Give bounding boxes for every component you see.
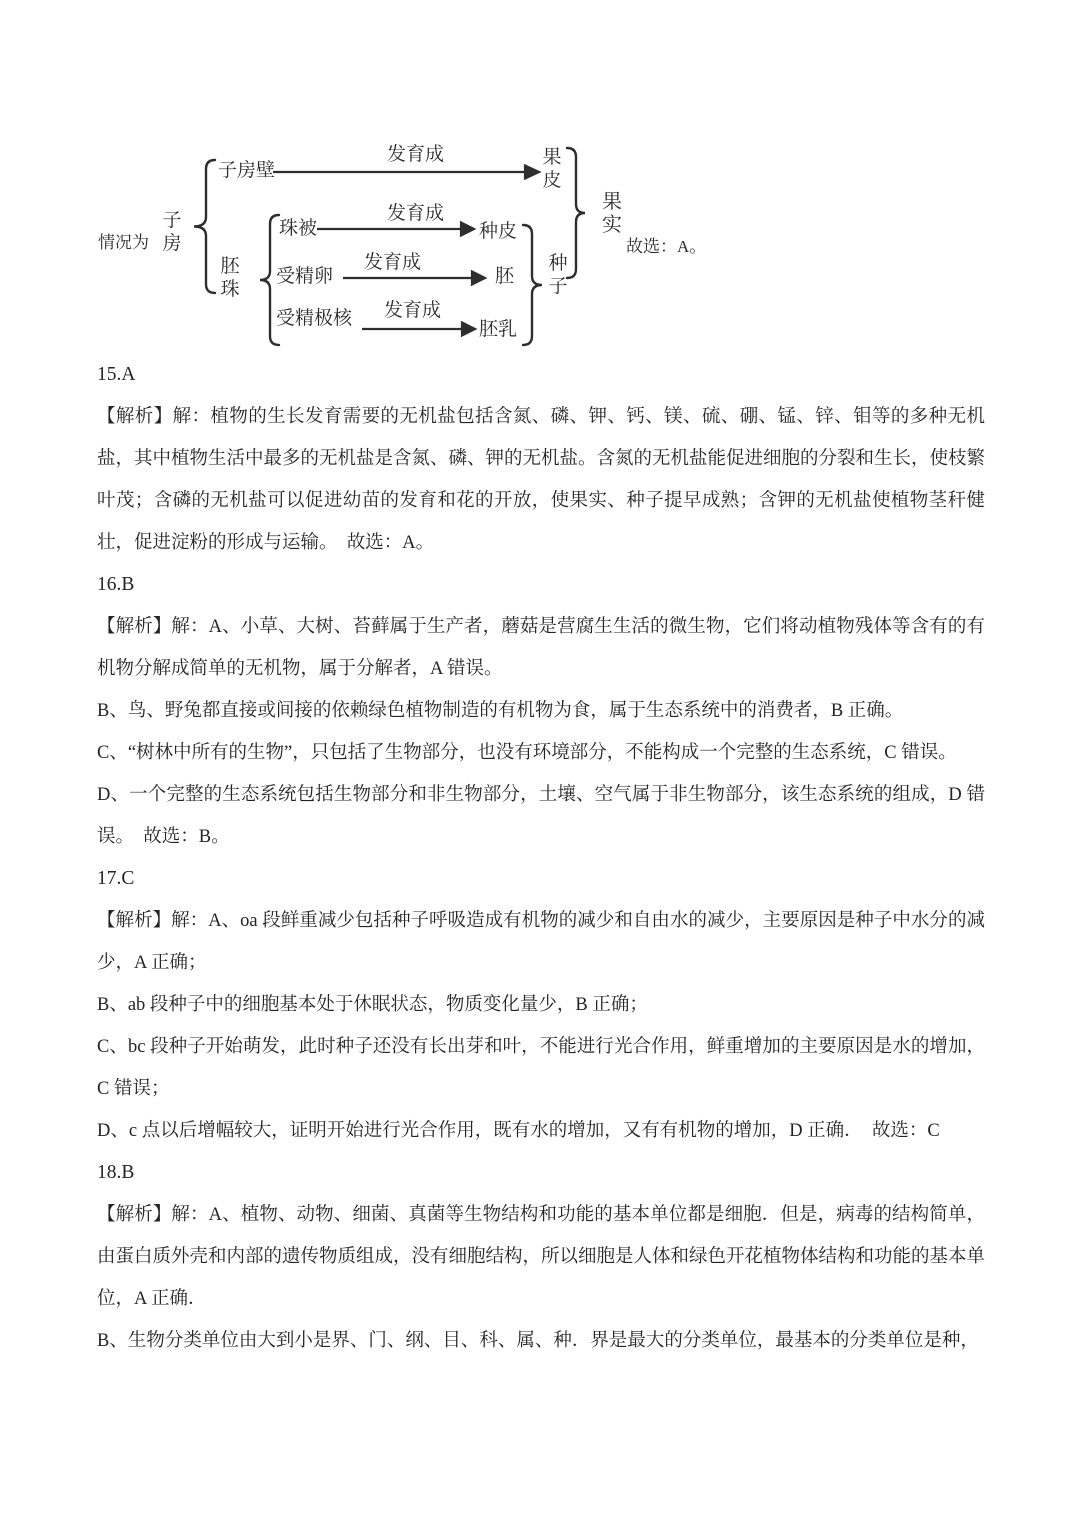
diagram-develops-into-label-4: 发育成: [384, 300, 441, 322]
arrowhead-integument: [461, 223, 474, 236]
brace-ovary: [194, 160, 215, 293]
brace-fruit: [567, 148, 585, 278]
diagram-seed-label: 种子: [547, 252, 569, 298]
answer-number-18: 18.B: [97, 1152, 985, 1194]
answer-18-paragraph-2: B、生物分类单位由大到小是界、门、纲、目、科、属、种．界是最大的分类单位，最基本…: [97, 1320, 985, 1362]
arrowhead-ovary-wall: [525, 166, 539, 179]
answer-17-paragraph-2: B、ab 段种子中的细胞基本处于休眠状态，物质变化量少，B 正确；: [97, 984, 985, 1026]
diagram-ovule-label: 胚珠: [219, 255, 241, 301]
arrowhead-fertilized-egg: [472, 272, 485, 285]
diagram-endosperm-label: 胚乳: [479, 319, 517, 341]
diagram-develops-into-label-3: 发育成: [364, 252, 421, 274]
answer-16-paragraph-2: B、鸟、野兔都直接或间接的依赖绿色植物制造的有机物为食，属于生态系统中的消费者，…: [97, 690, 985, 732]
diagram-develops-into-label-1: 发育成: [387, 144, 444, 166]
diagram-polar-nucleus-label: 受精极核: [276, 308, 352, 330]
answer-section-15: 15.A 【解析】解：植物的生长发育需要的无机盐包括含氮、磷、钾、钙、镁、硫、硼…: [97, 354, 985, 564]
diagram-seed-coat-label: 种皮: [479, 221, 517, 243]
answer-number-15: 15.A: [97, 354, 985, 396]
diagram-ovary-wall-label: 子房壁: [218, 160, 275, 182]
diagram-fruit-label: 果实: [601, 191, 623, 237]
answer-16-paragraph-3: C、“树林中所有的生物”，只包括了生物部分，也没有环境部分，不能构成一个完整的生…: [97, 732, 985, 774]
diagram-fertilized-egg-label: 受精卵: [276, 266, 333, 288]
answer-17-paragraph-3: C、bc 段种子开始萌发，此时种子还没有长出芽和叶，不能进行光合作用，鲜重增加的…: [97, 1026, 985, 1110]
ovary-development-diagram: 情况为 子房 子房壁 发育成 果皮 胚珠 珠被 发育成 种皮 受精卵 发育成 胚…: [95, 140, 755, 365]
diagram-conclusion: 故选：A。: [626, 236, 706, 258]
answer-17-paragraph-1: 【解析】解：A、oa 段鲜重减少包括种子呼吸造成有机物的减少和自由水的减少，主要…: [97, 900, 985, 984]
diagram-ovary-label: 子房: [161, 209, 183, 255]
document-page: 情况为 子房 子房壁 发育成 果皮 胚珠 珠被 发育成 种皮 受精卵 发育成 胚…: [0, 0, 1080, 1527]
answer-18-paragraph-1: 【解析】解：A、植物、动物、细菌、真菌等生物结构和功能的基本单位都是细胞．但是，…: [97, 1194, 985, 1320]
answer-15-paragraph-1: 【解析】解：植物的生长发育需要的无机盐包括含氮、磷、钾、钙、镁、硫、硼、锰、锌、…: [97, 396, 985, 564]
answer-16-paragraph-4: D、一个完整的生态系统包括生物部分和非生物部分，土壤、空气属于非生物部分，该生态…: [97, 774, 985, 858]
diagram-pericarp-label: 果皮: [541, 146, 563, 192]
arrowhead-polar-nucleus: [462, 323, 475, 336]
answer-number-16: 16.B: [97, 564, 985, 606]
diagram-context-label: 情况为: [98, 232, 149, 254]
diagram-embryo-label: 胚: [495, 266, 514, 288]
diagram-integument-label: 珠被: [279, 218, 317, 240]
answer-16-paragraph-1: 【解析】解：A、小草、大树、苔藓属于生产者，蘑菇是营腐生生活的微生物，它们将动植…: [97, 606, 985, 690]
answer-section-17: 17.C 【解析】解：A、oa 段鲜重减少包括种子呼吸造成有机物的减少和自由水的…: [97, 858, 985, 1152]
answers-content: 15.A 【解析】解：植物的生长发育需要的无机盐包括含氮、磷、钾、钙、镁、硫、硼…: [0, 354, 1080, 1362]
answer-section-16: 16.B 【解析】解：A、小草、大树、苔藓属于生产者，蘑菇是营腐生生活的微生物，…: [97, 564, 985, 858]
answer-number-17: 17.C: [97, 858, 985, 900]
brace-seed: [523, 225, 542, 345]
diagram-develops-into-label-2: 发育成: [387, 203, 444, 225]
answer-section-18: 18.B 【解析】解：A、植物、动物、细菌、真菌等生物结构和功能的基本单位都是细…: [97, 1152, 985, 1362]
answer-17-paragraph-4: D、c 点以后增幅较大，证明开始进行光合作用，既有水的增加，又有有机物的增加，D…: [97, 1110, 985, 1152]
